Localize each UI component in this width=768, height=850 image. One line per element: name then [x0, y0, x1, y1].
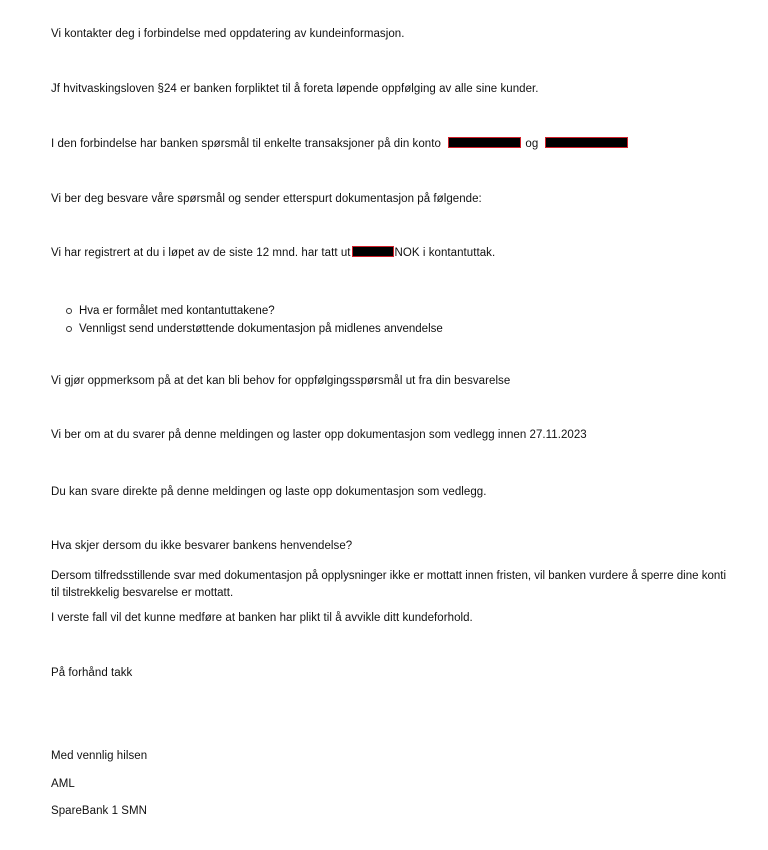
intro-text: Vi kontakter deg i forbindelse med oppda…: [51, 27, 404, 42]
redacted-amount: [352, 246, 394, 257]
consequence-text: Dersom tilfredsstillende svar med dokume…: [51, 568, 731, 602]
sender-department: AML: [51, 777, 75, 792]
followup-notice-text: Vi gjør oppmerksom på at det kan bli beh…: [51, 374, 510, 389]
sender-bank: SpareBank 1 SMN: [51, 804, 147, 819]
withdrawal-line-text: Vi har registrert at du i løpet av de si…: [51, 247, 351, 259]
deadline-text: Vi ber om at du svarer på denne meldinge…: [51, 428, 587, 443]
list-item: Vennligst send understøttende dokumentas…: [65, 320, 443, 338]
redacted-account-number-2: [545, 137, 628, 148]
questions-line-conjunction: og: [525, 138, 538, 150]
thanks-text: På forhånd takk: [51, 666, 132, 681]
questions-line-text: I den forbindelse har banken spørsmål ti…: [51, 138, 441, 150]
list-item: Hva er formålet med kontantuttakene?: [65, 302, 443, 320]
question-list: Hva er formålet med kontantuttakene? Ven…: [65, 302, 443, 338]
questions-line: I den forbindelse har banken spørsmål ti…: [51, 137, 628, 152]
consequence-heading: Hva skjer dersom du ikke besvarer banken…: [51, 539, 352, 554]
redacted-account-number-1: [448, 137, 521, 148]
withdrawal-line: Vi har registrert at du i løpet av de si…: [51, 246, 495, 261]
withdrawal-line-suffix: NOK i kontantuttak.: [395, 247, 496, 259]
closing-text: Med vennlig hilsen: [51, 749, 147, 764]
legal-basis-text: Jf hvitvaskingsloven §24 er banken forpl…: [51, 82, 539, 97]
request-text: Vi ber deg besvare våre spørsmål og send…: [51, 192, 482, 207]
reply-instructions-text: Du kan svare direkte på denne meldingen …: [51, 485, 486, 500]
worst-case-text: I verste fall vil det kunne medføre at b…: [51, 611, 473, 626]
